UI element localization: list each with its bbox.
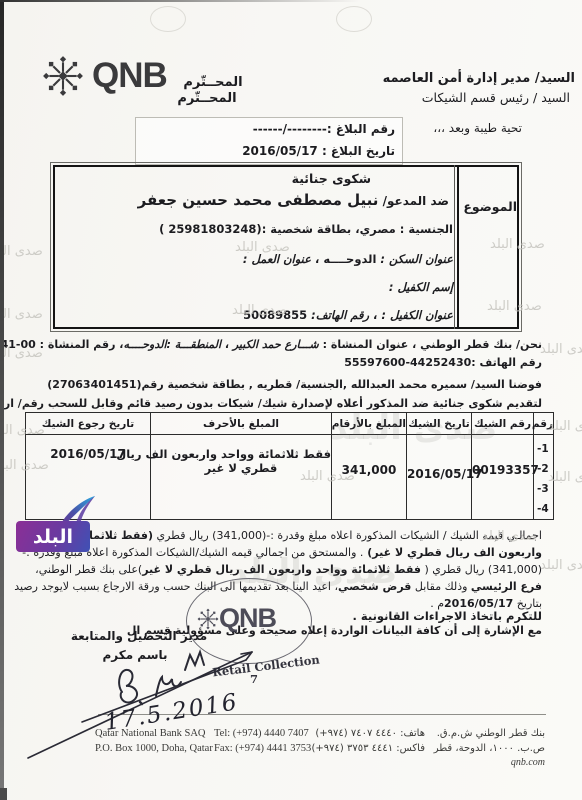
footer-phone-block-ar: هاتف: (+٩٧٤) ٤٤٤٠ ٧٤٠٧ فاكس: (+٩٧٤) ٤٤٤١… [312, 727, 425, 756]
footer-tel-label-ar: هاتف: [397, 728, 425, 739]
sada-elbalad-watermark: صدى البلد [490, 237, 545, 252]
report-date-line: تاريخ البلاغ : 2016/05/17 [136, 140, 402, 162]
scan-edge-left [0, 0, 4, 800]
serial-number: -1 [534, 435, 553, 459]
scan-edge-corner [0, 788, 7, 800]
footer-website: qnb.com [432, 756, 545, 771]
totals-line-1: اجمالـي قيمه الشيك / الشيكات المذكورة اع… [60, 529, 542, 542]
salutation-line-1: المحــتّرم [168, 75, 258, 91]
qnb-logo-symbol [42, 55, 84, 101]
report-no-line: رقم البلاغ :------/-------- [136, 118, 402, 140]
sada-elbalad-watermark: صدى البلد [300, 469, 355, 484]
report-date-label: تاريخ البلاغ : [318, 144, 395, 158]
intro-line-3: فوضنا السيد/ سميره محمد العبدالله ,الجنس… [28, 378, 542, 391]
scan-edge-top [0, 0, 360, 2]
header-amount-words: المبلغ بالأحرف [151, 413, 332, 435]
report-no-label: رقم البلاغ : [327, 122, 395, 136]
punch-hole-mark [336, 6, 372, 32]
sponsor-name-line: إسم الكفيل : [389, 280, 453, 294]
addressee-line-1: السيد/ مدير إدارة أمن العاصمه [330, 71, 575, 86]
footer-ar-block: بنك قطر الوطني ش.م.ق. ص.ب. ١٠٠٠، الدوحة،… [432, 727, 545, 771]
sada-elbalad-watermark: صدى البلد [482, 529, 537, 544]
report-no-value: ------/-------- [253, 122, 327, 136]
sada-elbalad-watermark: صدى البلد [548, 419, 582, 434]
scanned-complaint-letter: صدى البلد صدى البلد صدى البلد صدى البلد … [0, 0, 582, 800]
addressee-line-2: السيد / رئيس قسم الشيكات [330, 90, 570, 105]
sada-elbalad-watermark-large: صدى البلد [330, 408, 497, 448]
footer-tel-value-ar: (+٩٧٤) ٤٤٤٠ ٧٤٠٧ [315, 728, 397, 739]
subject-divider-thin [454, 165, 455, 329]
intro-line-2: رقم الهاتف :55597600-44252430 [28, 356, 542, 369]
subject-side-label: الموضوع [459, 199, 517, 214]
footer-bank-name-ar: بنك قطر الوطني ش.م.ق. [432, 727, 545, 742]
sada-elbalad-watermark: صدى البلد [0, 458, 49, 473]
footer-fax-ar: فاكس: (+٩٧٤) ٤٤٤١ ٣٧٥٣ [312, 742, 425, 757]
serial-number: -4 [534, 499, 553, 519]
against-name: نبيل مصطفى محمد حسين جعفر [138, 191, 379, 209]
complaint-title: شكوى جنائية [141, 171, 371, 186]
report-number-box: رقم البلاغ :------/-------- تاريخ البلاغ… [135, 117, 403, 165]
subject-divider-thick [457, 165, 459, 329]
nationality-label: الجنسية : مصري، بطاقة شخصية : [262, 222, 453, 236]
balad-logo-text: البلد [33, 526, 73, 548]
nationality-id: ( 25981803248) [159, 222, 262, 236]
intro-line-1: نحن/ بنك قطر الوطني ، عنوان المنشاة : شـ… [28, 338, 542, 351]
sada-elbalad-watermark: صدى البلد [0, 244, 43, 259]
sada-elbalad-watermark: صدى البلد [487, 299, 542, 314]
sada-elbalad-watermark: صدى البلد [235, 240, 290, 255]
sada-elbalad-watermark: صدى البلد [232, 303, 287, 318]
sada-elbalad-watermark: صدى البلد [0, 307, 43, 322]
handwritten-date: 17.5.2016 [103, 689, 240, 736]
greeting-line: تحية طيبة وبعد ،،، [415, 121, 522, 135]
handwritten-signature: 17.5.2016 [20, 630, 300, 774]
sada-elbalad-watermark: صدى البلد [540, 558, 582, 573]
sada-elbalad-watermark: صدى البلد [0, 346, 43, 361]
against-line: ضد المدعو/ نبيل مصطفى محمد حسين جعفر [138, 190, 449, 209]
sada-elbalad-watermark: صدى البلد [548, 470, 582, 485]
footer-address-ar: ص.ب. ١٠٠٠، الدوحة، قطر [432, 742, 545, 757]
sada-elbalad-watermark: صدى البلد [540, 342, 582, 357]
footer-fax-label-ar: فاكس: [393, 743, 425, 754]
qnb-logo-text: QNB [92, 56, 167, 96]
sada-elbalad-watermark: صدى البلد [0, 423, 45, 438]
footer-tel-ar: هاتف: (+٩٧٤) ٤٤٤٠ ٧٤٠٧ [312, 727, 425, 742]
footer-fax-value-ar: (+٩٧٤) ٤٤٤١ ٣٧٥٣ [311, 743, 393, 754]
amount-words-line-1: فقط ثلاثمائة وواحد واربعون الف ريال [151, 435, 331, 461]
balad-logo: البلد [16, 521, 90, 552]
report-date-value: 2016/05/17 [242, 144, 318, 158]
against-label: ضد المدعو/ [378, 194, 449, 208]
salutation-line-2: المحــتّرم [162, 91, 252, 107]
stamp-qnb-symbol-icon [197, 608, 219, 630]
punch-hole-mark [150, 6, 186, 32]
nationality-line: الجنسية : مصري، بطاقة شخصية :( 259818032… [159, 222, 453, 236]
